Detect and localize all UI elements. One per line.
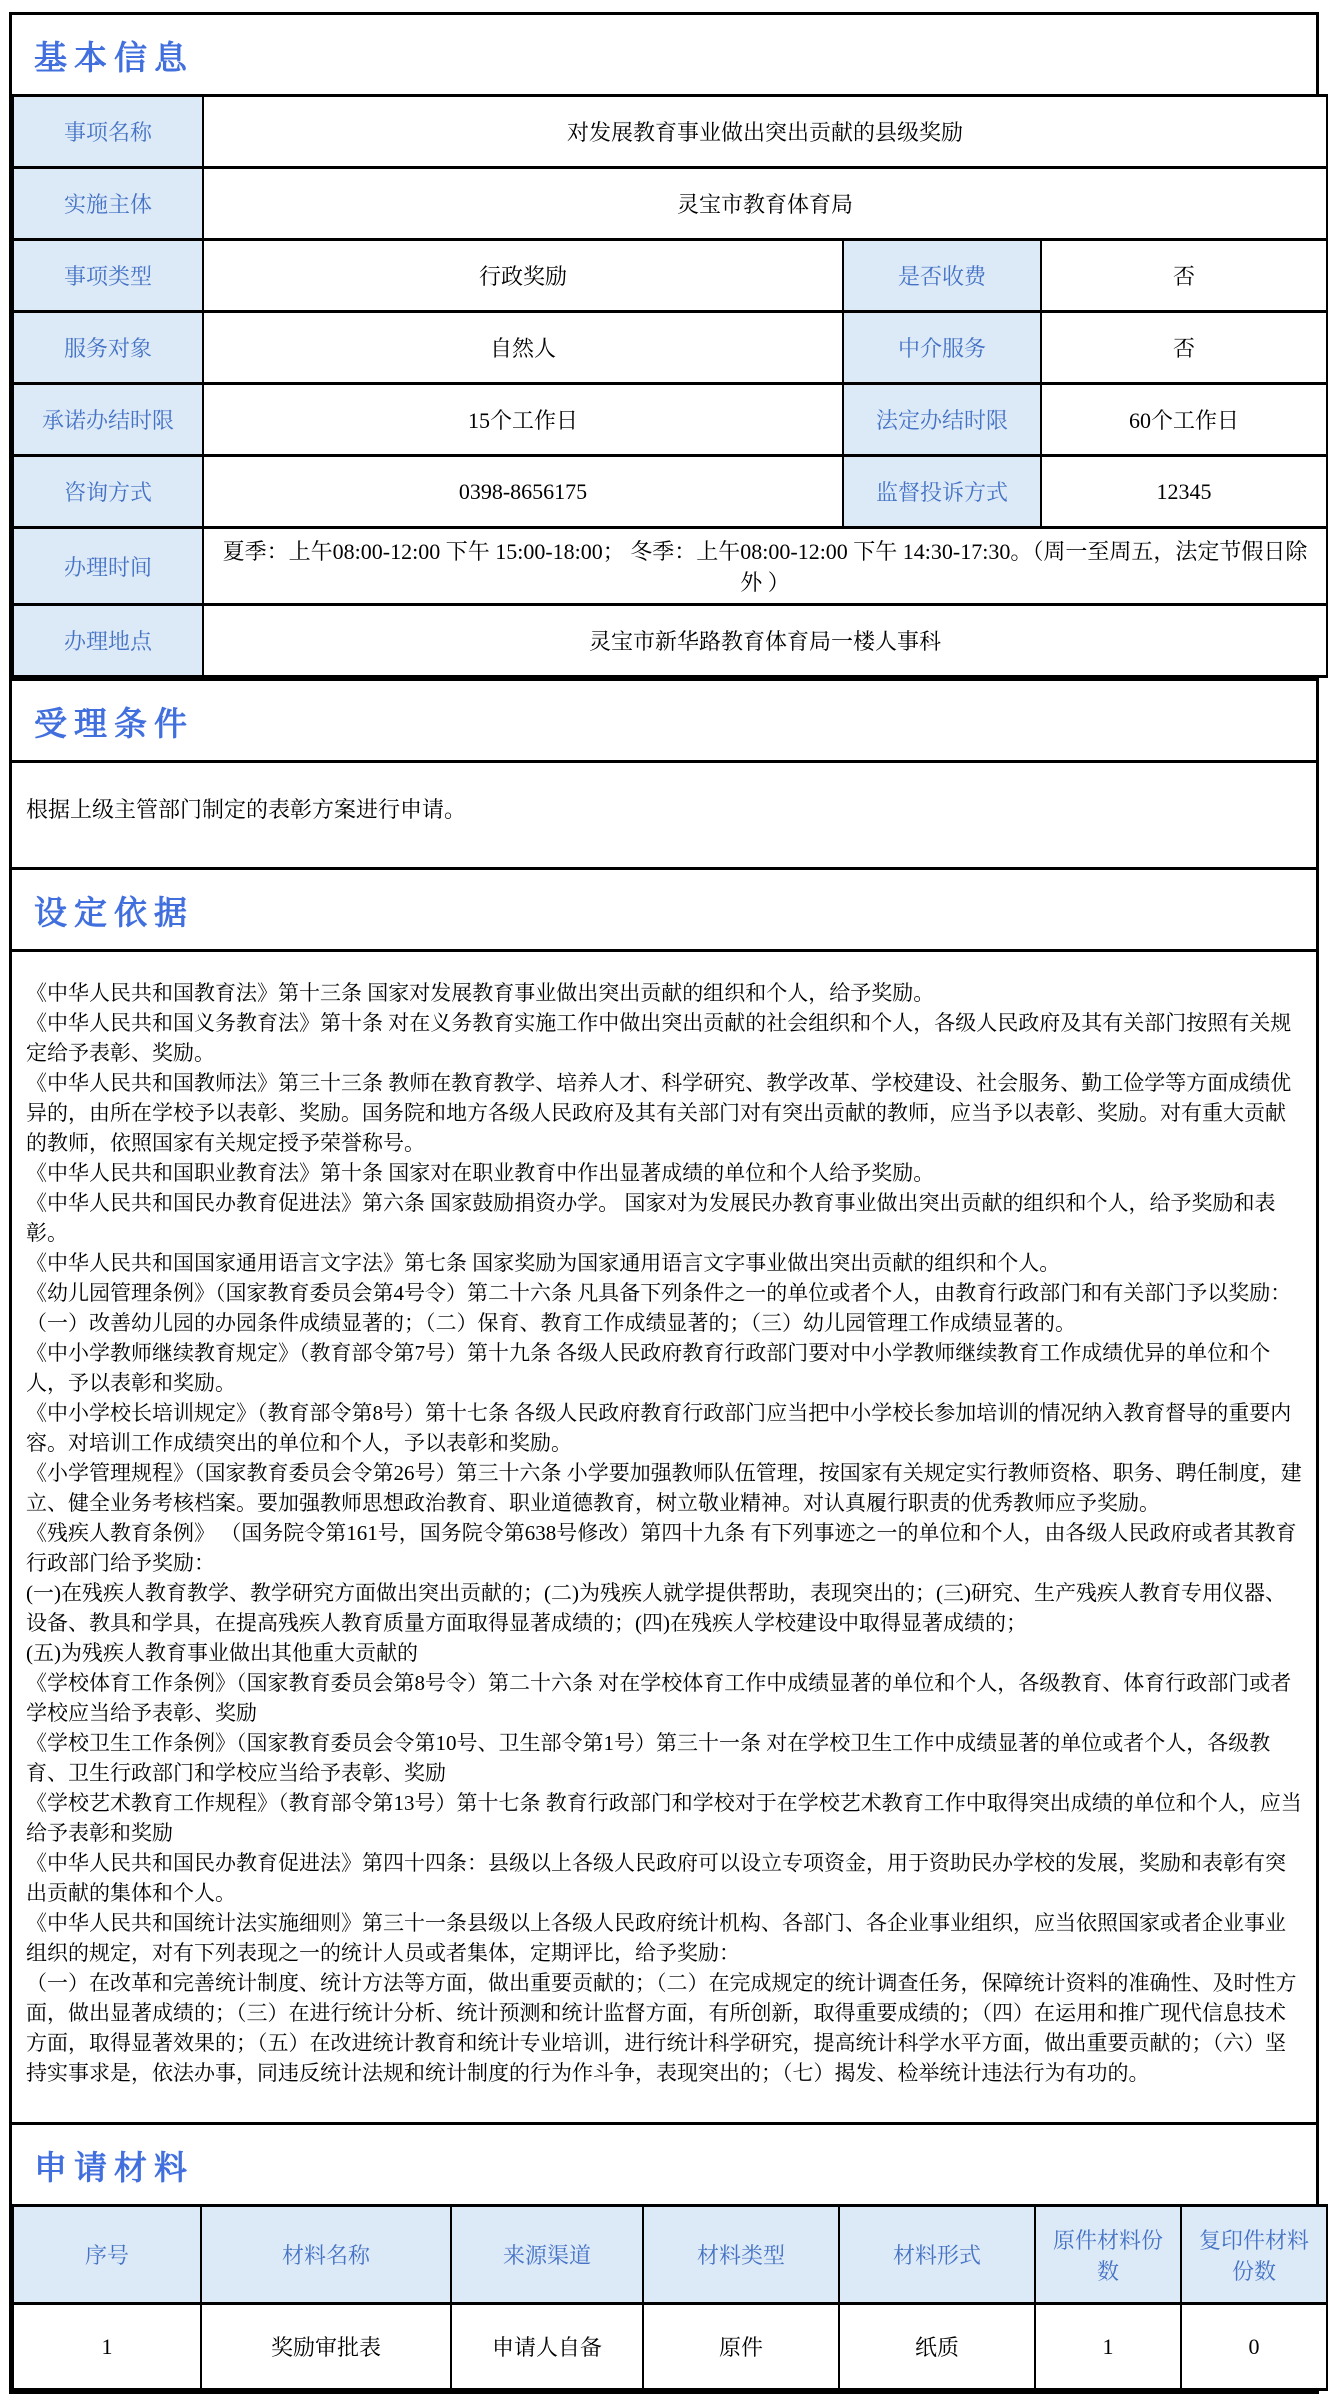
basis-paragraph: 《幼儿园管理条例》（国家教育委员会第4号令）第二十六条 凡具备下列条件之一的单位…: [26, 1278, 1302, 1338]
column-header-source-channel: 来源渠道: [451, 2206, 643, 2304]
basis-paragraph: 《中华人民共和国职业教育法》第十条 国家对在职业教育中作出显著成绩的单位和个人给…: [26, 1158, 1302, 1188]
basis-paragraph: 《中华人民共和国义务教育法》第十条 对在义务教育实施工作中做出突出贡献的社会组织…: [26, 1008, 1302, 1068]
field-label-item-type: 事项类型: [13, 240, 203, 312]
acceptance-paragraph: 根据上级主管部门制定的表彰方案进行申请。: [26, 795, 1302, 825]
field-label-consultation-method: 咨询方式: [13, 456, 203, 528]
field-value-item-name: 对发展教育事业做出突出贡献的县级奖励: [203, 96, 1327, 168]
column-header-photocopy-copies: 复印件材料份数: [1181, 2206, 1327, 2304]
column-header-serial-number: 序号: [13, 2206, 201, 2304]
section-title-acceptance-conditions: 受理条件: [12, 678, 1316, 760]
basis-paragraph: 《学校卫生工作条例》（国家教育委员会令第10号、卫生部令第1号）第三十一条 对在…: [26, 1728, 1302, 1788]
table-row: 实施主体 灵宝市教育体育局: [13, 168, 1327, 240]
field-label-intermediary-service: 中介服务: [843, 312, 1041, 384]
basis-paragraph: (一)在残疾人教育教学、教学研究方面做出突出贡献的；(二)为残疾人就学提供帮助，…: [26, 1578, 1302, 1638]
basis-paragraph: 《中华人民共和国统计法实施细则》第三十一条县级以上各级人民政府统计机构、各部门、…: [26, 1908, 1302, 1968]
cell-photocopy-copies: 0: [1181, 2304, 1327, 2390]
cell-material-name: 奖励审批表: [201, 2304, 451, 2390]
basis-paragraph: （一）在改革和完善统计制度、统计方法等方面，做出重要贡献的；（二）在完成规定的统…: [26, 1968, 1302, 2088]
basis-paragraph: 《中华人民共和国教育法》第十三条 国家对发展教育事业做出突出贡献的组织和个人，给…: [26, 978, 1302, 1008]
table-row: 承诺办结时限 15个工作日 法定办结时限 60个工作日: [13, 384, 1327, 456]
field-value-promised-time-limit: 15个工作日: [203, 384, 843, 456]
field-value-complaint-phone: 12345: [1041, 456, 1327, 528]
field-label-service-target: 服务对象: [13, 312, 203, 384]
section-title-application-materials: 申请材料: [12, 2122, 1316, 2204]
field-value-fee-charged: 否: [1041, 240, 1327, 312]
basis-paragraph: (五)为残疾人教育事业做出其他重大贡献的: [26, 1638, 1302, 1668]
cell-material-type: 原件: [643, 2304, 839, 2390]
basis-paragraph: 《残疾人教育条例》 （国务院令第161号，国务院令第638号修改）第四十九条 有…: [26, 1518, 1302, 1578]
basis-paragraph: 《中华人民共和国民办教育促进法》第六条 国家鼓励捐资办学。 国家对为发展民办教育…: [26, 1188, 1302, 1248]
column-header-material-type: 材料类型: [643, 2206, 839, 2304]
basis-paragraph: 《中华人民共和国教师法》第三十三条 教师在教育教学、培养人才、科学研究、教学改革…: [26, 1068, 1302, 1158]
table-row: 办理地点 灵宝市新华路教育体育局一楼人事科: [13, 605, 1327, 677]
field-label-promised-time-limit: 承诺办结时限: [13, 384, 203, 456]
table-row: 服务对象 自然人 中介服务 否: [13, 312, 1327, 384]
column-header-material-form: 材料形式: [839, 2206, 1035, 2304]
basis-paragraph: 《中华人民共和国民办教育促进法》第四十四条：县级以上各级人民政府可以设立专项资金…: [26, 1848, 1302, 1908]
application-materials-table: 序号 材料名称 来源渠道 材料类型 材料形式 原件材料份数 复印件材料份数 1 …: [12, 2204, 1328, 2391]
document-container: 基本信息 事项名称 对发展教育事业做出突出贡献的县级奖励 实施主体 灵宝市教育体…: [9, 12, 1319, 2394]
table-row: 咨询方式 0398-8656175 监督投诉方式 12345: [13, 456, 1327, 528]
field-value-consultation-phone: 0398-8656175: [203, 456, 843, 528]
field-label-office-location: 办理地点: [13, 605, 203, 677]
table-row: 1 奖励审批表 申请人自备 原件 纸质 1 0: [13, 2304, 1327, 2390]
field-value-office-hours: 夏季：上午08:00-12:00 下午 15:00-18:00； 冬季：上午08…: [203, 528, 1327, 605]
basic-info-table: 事项名称 对发展教育事业做出突出贡献的县级奖励 实施主体 灵宝市教育体育局 事项…: [12, 94, 1328, 678]
page: 基本信息 事项名称 对发展教育事业做出突出贡献的县级奖励 实施主体 灵宝市教育体…: [0, 0, 1328, 2400]
basis-paragraph: 《中华人民共和国国家通用语言文字法》第七条 国家奖励为国家通用语言文字事业做出突…: [26, 1248, 1302, 1278]
table-row: 事项类型 行政奖励 是否收费 否: [13, 240, 1327, 312]
field-value-service-target: 自然人: [203, 312, 843, 384]
field-label-item-name: 事项名称: [13, 96, 203, 168]
table-row: 事项名称 对发展教育事业做出突出贡献的县级奖励: [13, 96, 1327, 168]
field-label-complaint-method: 监督投诉方式: [843, 456, 1041, 528]
cell-source-channel: 申请人自备: [451, 2304, 643, 2390]
cell-original-copies: 1: [1035, 2304, 1181, 2390]
cell-serial-number: 1: [13, 2304, 201, 2390]
field-label-fee-charged: 是否收费: [843, 240, 1041, 312]
field-value-office-location: 灵宝市新华路教育体育局一楼人事科: [203, 605, 1327, 677]
basis-paragraph: 《中小学校长培训规定》（教育部令第8号）第十七条 各级人民政府教育行政部门应当把…: [26, 1398, 1302, 1458]
field-value-legal-time-limit: 60个工作日: [1041, 384, 1327, 456]
cell-material-form: 纸质: [839, 2304, 1035, 2390]
field-value-item-type: 行政奖励: [203, 240, 843, 312]
field-label-office-hours: 办理时间: [13, 528, 203, 605]
basis-paragraph: 《中小学教师继续教育规定》（教育部令第7号）第十九条 各级人民政府教育行政部门要…: [26, 1338, 1302, 1398]
acceptance-conditions-text: 根据上级主管部门制定的表彰方案进行申请。: [12, 760, 1316, 867]
field-value-intermediary-service: 否: [1041, 312, 1327, 384]
basis-paragraph: 《学校艺术教育工作规程》（教育部令第13号）第十七条 教育行政部门和学校对于在学…: [26, 1788, 1302, 1848]
field-label-legal-time-limit: 法定办结时限: [843, 384, 1041, 456]
basis-paragraph: 《学校体育工作条例》（国家教育委员会第8号令）第二十六条 对在学校体育工作中成绩…: [26, 1668, 1302, 1728]
basis-paragraph: 《小学管理规程》（国家教育委员会令第26号）第三十六条 小学要加强教师队伍管理，…: [26, 1458, 1302, 1518]
section-title-setting-basis: 设定依据: [12, 867, 1316, 949]
column-header-material-name: 材料名称: [201, 2206, 451, 2304]
field-value-implementing-body: 灵宝市教育体育局: [203, 168, 1327, 240]
section-title-basic-info: 基本信息: [12, 15, 1316, 94]
column-header-original-copies: 原件材料份数: [1035, 2206, 1181, 2304]
field-label-implementing-body: 实施主体: [13, 168, 203, 240]
setting-basis-text: 《中华人民共和国教育法》第十三条 国家对发展教育事业做出突出贡献的组织和个人，给…: [12, 949, 1316, 2122]
table-header-row: 序号 材料名称 来源渠道 材料类型 材料形式 原件材料份数 复印件材料份数: [13, 2206, 1327, 2304]
table-row: 办理时间 夏季：上午08:00-12:00 下午 15:00-18:00； 冬季…: [13, 528, 1327, 605]
